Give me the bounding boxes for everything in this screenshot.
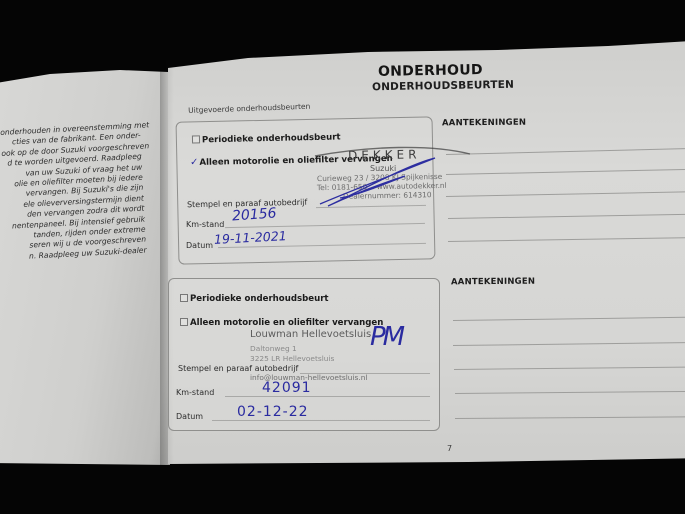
page-subtitle: ONDERHOUDSBEURTEN bbox=[372, 79, 514, 93]
checkbox[interactable] bbox=[180, 294, 188, 302]
checkbox[interactable] bbox=[180, 318, 188, 326]
option-oil-2[interactable]: Alleen motorolie en oliefilter vervangen bbox=[180, 318, 383, 328]
stamp-brand-2: Louwman Hellevoetsluis bbox=[250, 330, 371, 339]
notes-heading-2: AANTEKENINGEN bbox=[451, 277, 535, 288]
km-label-1: Km-stand bbox=[186, 220, 224, 229]
stamp-address-2: Daltonweg 1 bbox=[250, 344, 297, 353]
left-page-text: onderhouden in overeenstemming metcties … bbox=[0, 119, 177, 263]
signature-2: PM bbox=[370, 322, 402, 352]
field-line bbox=[300, 373, 430, 374]
stamp-label-2: Stempel en paraaf autobedrijf bbox=[178, 364, 298, 373]
stamp-city-2: 3225 LR Hellevoetsluis bbox=[250, 354, 334, 363]
km-value-2: 42091 bbox=[262, 380, 312, 396]
field-line bbox=[212, 420, 430, 421]
page-number: 7 bbox=[447, 444, 452, 453]
km-value-1: 20156 bbox=[231, 205, 277, 224]
km-label-2: Km-stand bbox=[176, 388, 214, 397]
date-label-1: Datum bbox=[186, 241, 213, 250]
date-value-2: 02-12-22 bbox=[237, 404, 309, 420]
date-label-2: Datum bbox=[176, 412, 203, 421]
page-title: ONDERHOUD bbox=[378, 62, 483, 80]
checkmark-icon: ✓ bbox=[190, 157, 199, 168]
notes-heading-1: AANTEKENINGEN bbox=[442, 118, 526, 129]
checkbox[interactable] bbox=[192, 135, 200, 143]
option-periodic-2[interactable]: Periodieke onderhoudsbeurt bbox=[180, 294, 329, 304]
field-line bbox=[225, 396, 430, 397]
